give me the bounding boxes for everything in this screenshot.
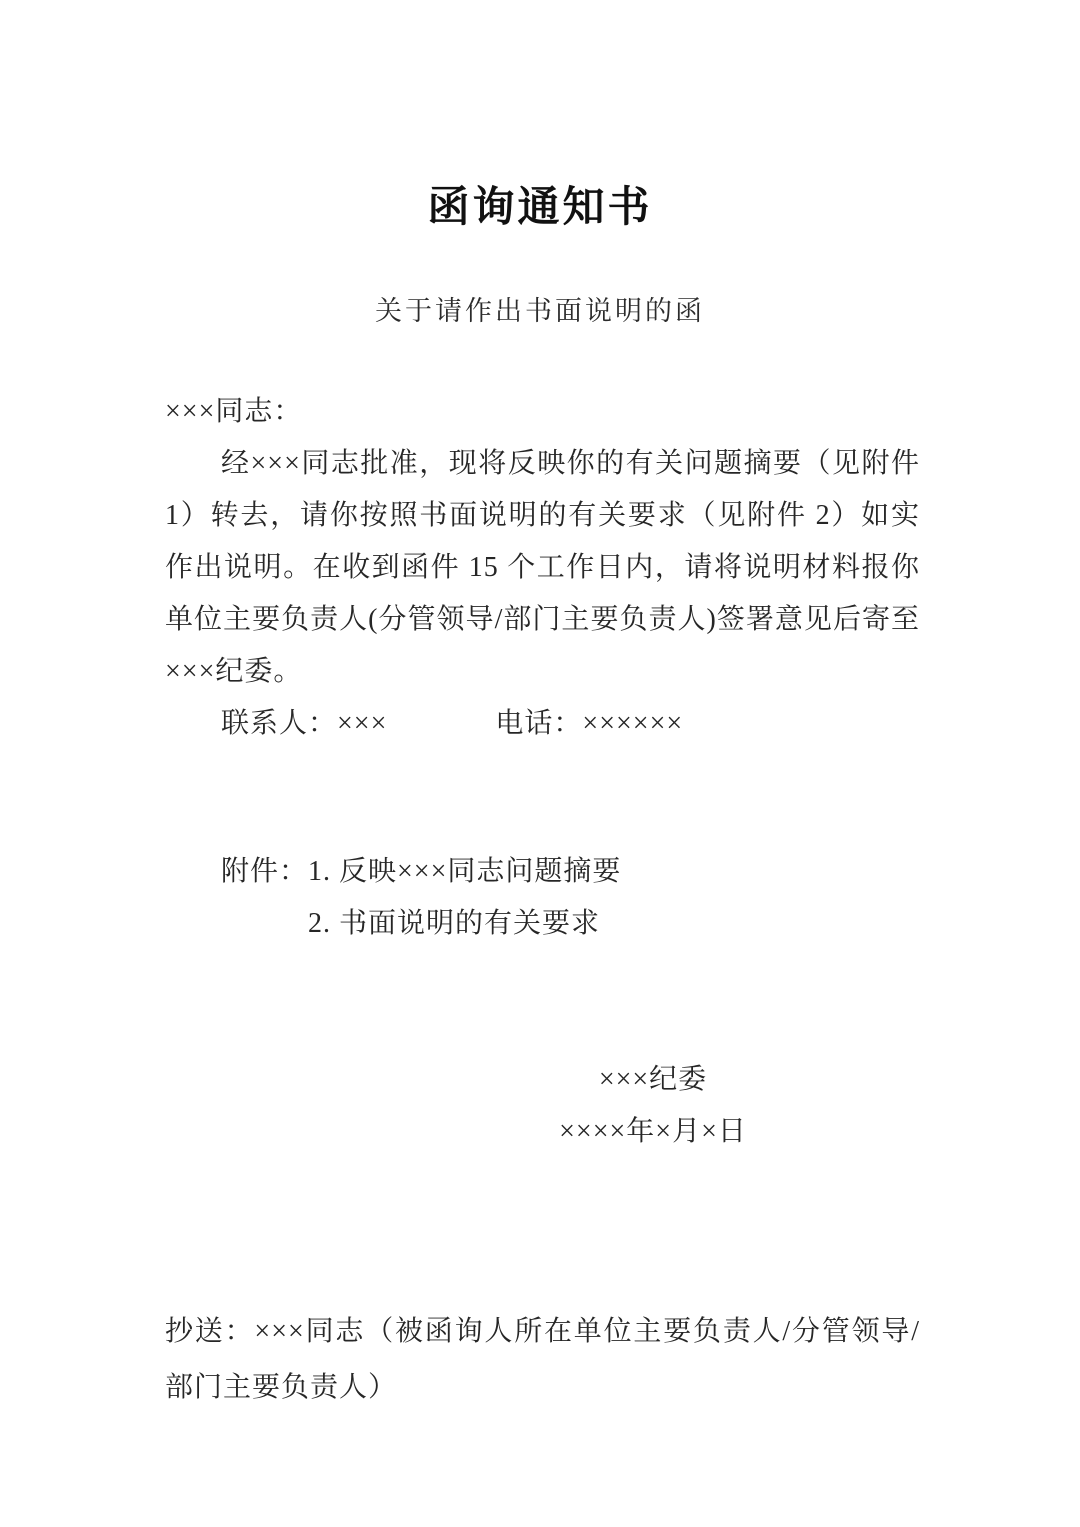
cc-line: 抄送：×××同志（被函询人所在单位主要负责人/分管领导/部门主要负责人） (165, 1304, 920, 1416)
contact-phone-group: 电话：×××××× (495, 708, 683, 739)
attachments-block: 附件： 1. 反映×××同志问题摘要 2. 书面说明的有关要求 (165, 846, 920, 950)
salutation: ×××同志： (165, 386, 920, 438)
contact-phone-label: 电话： (495, 708, 582, 739)
document-subject-line: 关于请作出书面说明的函 (0, 293, 1080, 329)
contact-line: 联系人：××× 电话：×××××× (165, 698, 920, 750)
attachments-list: 1. 反映×××同志问题摘要 2. 书面说明的有关要求 (308, 846, 621, 950)
contact-phone-value: ×××××× (582, 708, 683, 739)
document-page: 函询通知书 关于请作出书面说明的函 ×××同志： 经×××同志批准，现将反映你的… (0, 0, 1080, 1527)
body-paragraph: 经×××同志批准，现将反映你的有关问题摘要（见附件 1）转去，请你按照书面说明的… (165, 438, 920, 698)
contact-name-value: ××× (337, 708, 387, 739)
contact-name-label: 联系人： (221, 708, 337, 739)
document-body: ×××同志： 经×××同志批准，现将反映你的有关问题摘要（见附件 1）转去，请你… (0, 386, 1080, 1416)
attachment-item: 2. 书面说明的有关要求 (308, 898, 621, 950)
attachment-item: 1. 反映×××同志问题摘要 (308, 846, 621, 898)
signature-date: ××××年×月×日 (503, 1106, 803, 1158)
signature-organization: ×××纪委 (503, 1054, 803, 1106)
attachments-label: 附件： (221, 846, 308, 898)
document-title: 函询通知书 (0, 183, 1080, 231)
signature-block: ×××纪委 ××××年×月×日 (503, 1054, 803, 1158)
